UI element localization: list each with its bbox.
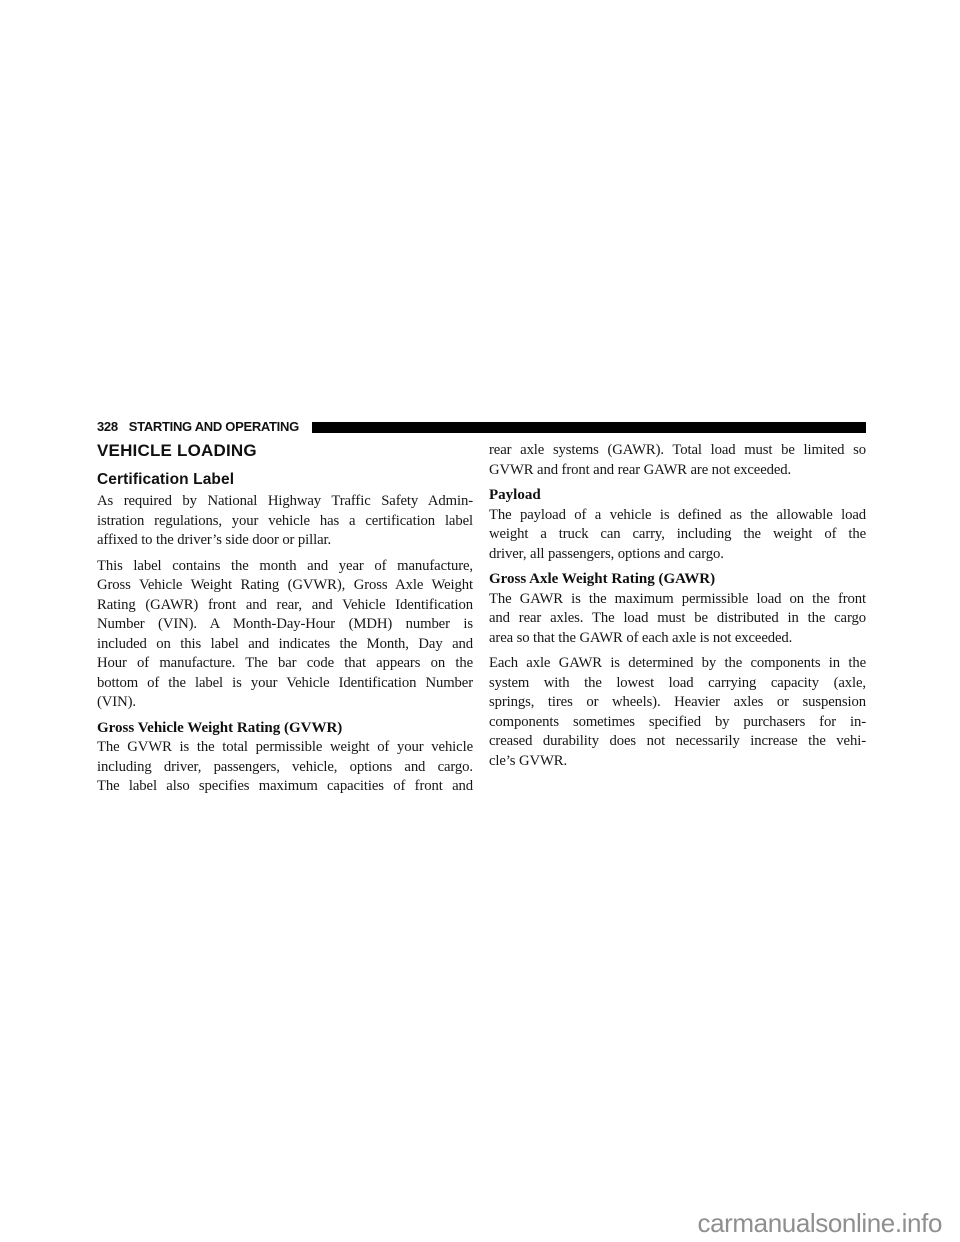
text-line: and rear axles. The load must be distrib… bbox=[489, 609, 866, 629]
heading-gvwr: Gross Vehicle Weight Rating (GVWR) bbox=[97, 719, 473, 739]
text-line: Gross Vehicle Weight Rating (GVWR), Gros… bbox=[97, 576, 473, 596]
text-line: system with the lowest load carrying cap… bbox=[489, 674, 866, 694]
right-column: rear axle systems (GAWR). Total load mus… bbox=[489, 441, 866, 803]
text-line: istration regulations, your vehicle has … bbox=[97, 512, 473, 532]
text-line: affixed to the driver’s side door or pil… bbox=[97, 531, 473, 551]
header-rule-bar bbox=[312, 422, 866, 433]
text-line: weight a truck can carry, including the … bbox=[489, 525, 866, 545]
text-line: The GVWR is the total permissible weight… bbox=[97, 738, 473, 758]
text-line: including driver, passengers, vehicle, o… bbox=[97, 758, 473, 778]
text-line: included on this label and indicates the… bbox=[97, 635, 473, 655]
text-line: components sometimes specified by purcha… bbox=[489, 713, 866, 733]
text-line: creased durability does not necessarily … bbox=[489, 732, 866, 752]
text-line: Number (VIN). A Month-Day-Hour (MDH) num… bbox=[97, 615, 473, 635]
text-line: (VIN). bbox=[97, 693, 473, 713]
text-line: The GAWR is the maximum permissible load… bbox=[489, 590, 866, 610]
paragraph-certification-1: As required by National Highway Traffic … bbox=[97, 492, 473, 551]
text-line: driver, all passengers, options and carg… bbox=[489, 545, 866, 565]
text-line: The payload of a vehicle is defined as t… bbox=[489, 506, 866, 526]
site-watermark: carmanualsonline.info bbox=[697, 1209, 942, 1237]
text-line: Hour of manufacture. The bar code that a… bbox=[97, 654, 473, 674]
heading-payload: Payload bbox=[489, 486, 866, 506]
paragraph-gawr-1: The GAWR is the maximum permissible load… bbox=[489, 590, 866, 649]
paragraph-continuation: rear axle systems (GAWR). Total load mus… bbox=[489, 441, 866, 480]
section-title: VEHICLE LOADING bbox=[97, 441, 473, 461]
chapter-title: STARTING AND OPERATING bbox=[129, 419, 299, 434]
page-number: 328 bbox=[97, 419, 118, 434]
gvwr-block: Gross Vehicle Weight Rating (GVWR) The G… bbox=[97, 719, 473, 797]
text-line: bottom of the label is your Vehicle Iden… bbox=[97, 674, 473, 694]
heading-gawr: Gross Axle Weight Rating (GAWR) bbox=[489, 570, 866, 590]
payload-block: Payload The payload of a vehicle is defi… bbox=[489, 486, 866, 564]
text-line: springs, tires or wheels). Heavier axles… bbox=[489, 693, 866, 713]
subsection-title-certification-label: Certification Label bbox=[97, 470, 473, 489]
paragraph-payload: The payload of a vehicle is defined as t… bbox=[489, 506, 866, 565]
gawr-block: Gross Axle Weight Rating (GAWR) The GAWR… bbox=[489, 570, 866, 648]
left-column: VEHICLE LOADING Certification Label As r… bbox=[97, 441, 473, 803]
text-line: Each axle GAWR is determined by the comp… bbox=[489, 654, 866, 674]
paragraph-gvwr: The GVWR is the total permissible weight… bbox=[97, 738, 473, 797]
text-line: As required by National Highway Traffic … bbox=[97, 492, 473, 512]
text-line: area so that the GAWR of each axle is no… bbox=[489, 629, 866, 649]
running-header: 328 STARTING AND OPERATING bbox=[97, 419, 866, 434]
text-line: GVWR and front and rear GAWR are not exc… bbox=[489, 461, 866, 481]
text-line: cle’s GVWR. bbox=[489, 752, 866, 772]
text-line: Rating (GAWR) front and rear, and Vehicl… bbox=[97, 596, 473, 616]
paragraph-certification-2: This label contains the month and year o… bbox=[97, 557, 473, 713]
text-line: The label also specifies maximum capacit… bbox=[97, 777, 473, 797]
two-column-body: VEHICLE LOADING Certification Label As r… bbox=[97, 441, 866, 803]
text-line: rear axle systems (GAWR). Total load mus… bbox=[489, 441, 866, 461]
paragraph-gawr-2: Each axle GAWR is determined by the comp… bbox=[489, 654, 866, 771]
text-line: This label contains the month and year o… bbox=[97, 557, 473, 577]
manual-page: 328 STARTING AND OPERATING VEHICLE LOADI… bbox=[0, 0, 960, 1242]
